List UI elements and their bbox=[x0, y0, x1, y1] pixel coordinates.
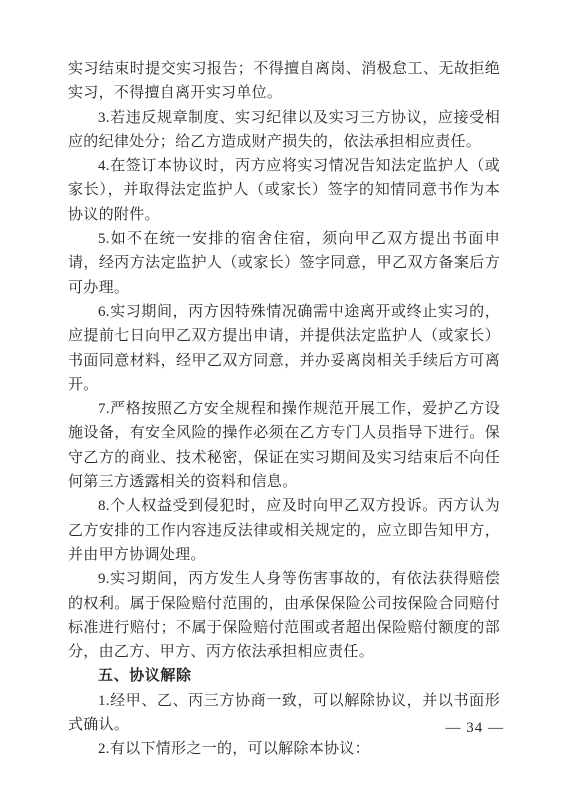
paragraph: 实习结束时提交实习报告；不得擅自离岗、消极怠工、无故拒绝实习，不得擅自离开实习单… bbox=[68, 57, 500, 106]
paragraph: 1.经甲、乙、丙三方协商一致，可以解除协议，并以书面形式确认。 bbox=[68, 689, 500, 738]
document-page: 实习结束时提交实习报告；不得擅自离岗、消极怠工、无故拒绝实习，不得擅自离开实习单… bbox=[0, 0, 566, 800]
paragraph: 8.个人权益受到侵犯时，应及时向甲乙双方投诉。丙方认为乙方安排的工作内容违反法律… bbox=[68, 494, 500, 567]
document-body: 实习结束时提交实习报告；不得擅自离岗、消极怠工、无故拒绝实习，不得擅自离开实习单… bbox=[68, 57, 500, 762]
paragraph: 3.若违反规章制度、实习纪律以及实习三方协议，应接受相应的纪律处分；给乙方造成财… bbox=[68, 106, 500, 155]
paragraph: 5.如不在统一安排的宿舍住宿，须向甲乙双方提出书面申请，经丙方法定监护人（或家长… bbox=[68, 227, 500, 300]
paragraph: 7.严格按照乙方安全规程和操作规范开展工作，爱护乙方设施设备，有安全风险的操作必… bbox=[68, 397, 500, 494]
paragraph: 2.有以下情形之一的，可以解除本协议： bbox=[68, 737, 500, 761]
paragraph: 4.在签订本协议时，丙方应将实习情况告知法定监护人（或家长），并取得法定监护人（… bbox=[68, 154, 500, 227]
page-number: — 34 — bbox=[446, 716, 505, 740]
paragraph: 9.实习期间，丙方发生人身等伤害事故的，有依法获得赔偿的权利。属于保险赔付范围的… bbox=[68, 567, 500, 664]
section-heading: 五、协议解除 bbox=[68, 664, 500, 688]
paragraph: 6.实习期间，丙方因特殊情况确需中途离开或终止实习的，应提前七日向甲乙双方提出申… bbox=[68, 300, 500, 397]
